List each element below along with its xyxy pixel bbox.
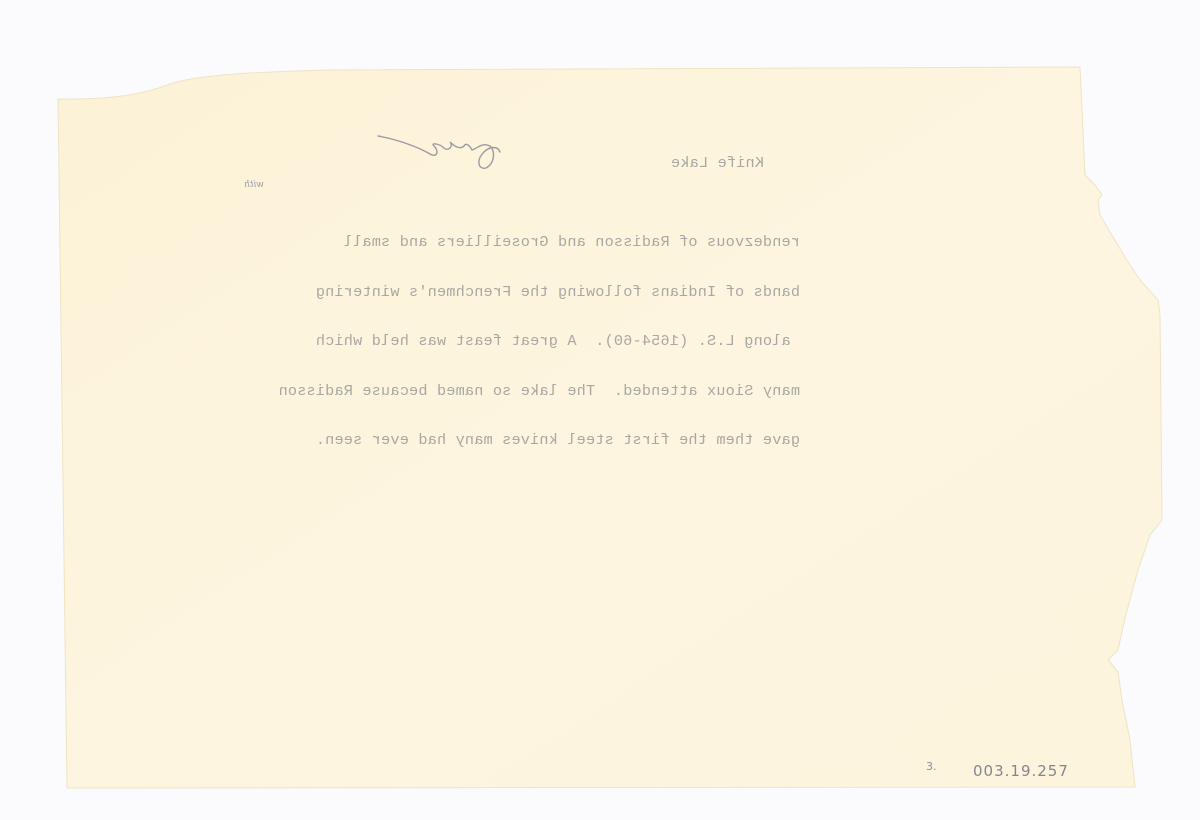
body-line: gave them the first steel knives many ha… [84,432,800,449]
body-line: many Sioux attended. The lake so named b… [84,383,800,400]
document-body: rendezvous of Radisson and Groseilliers … [84,201,800,482]
scanned-document: Knife Lake with rendezvous of Radisson a… [0,0,1200,820]
handwritten-insert: with [244,180,264,190]
body-line: bands of Indians following the Frenchmen… [84,284,800,301]
body-line: rendezvous of Radisson and Groseilliers … [84,234,800,251]
pencil-signature [370,112,520,182]
document-heading: Knife Lake [608,155,764,172]
page-number: 3. [926,760,937,773]
body-line: along L.S. (1654-60). A great feast was … [84,333,800,350]
catalog-number: 003.19.257 [973,762,1069,780]
